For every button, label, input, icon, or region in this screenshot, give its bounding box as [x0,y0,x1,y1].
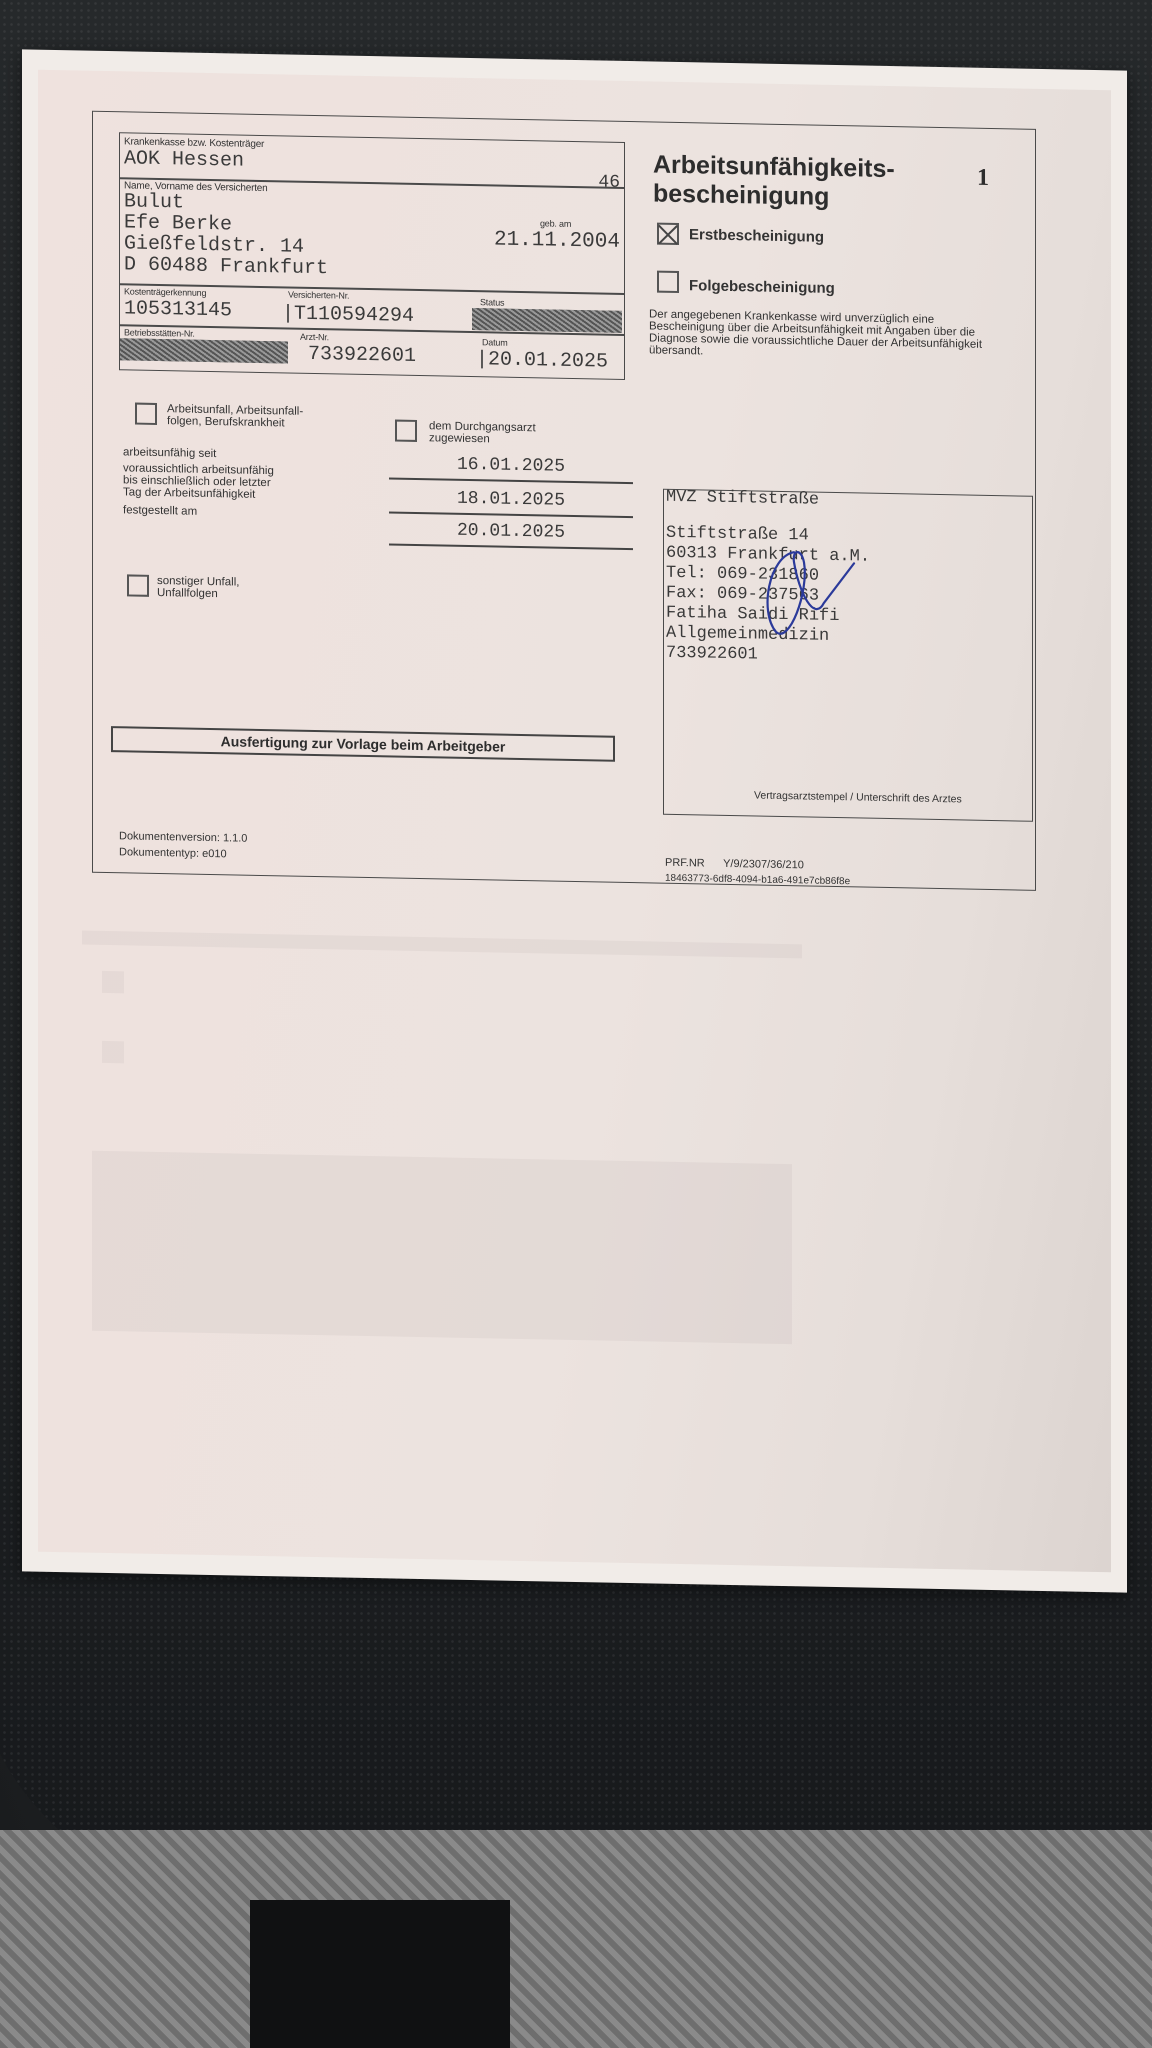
prf-value: Y/9/2307/36/210 [723,858,804,872]
show-through-area [92,1151,792,1344]
payer-id-label: Kostenträgerkennung [124,287,206,298]
insured-no: T110594294 [294,303,414,328]
transit-doctor-label-2: zugewiesen [429,432,536,446]
followup-certificate-checkbox[interactable] [657,271,679,293]
unfit-until-date: 18.01.2025 [389,487,633,512]
work-accident-label: Arbeitsunfall, Arbeitsunfall- folgen, Be… [167,403,303,430]
determined-date: 20.01.2025 [389,519,633,544]
practice-name: MVZ Stiftstraße [666,488,819,511]
patient-city: D 60488 Frankfurt [124,254,328,279]
first-certificate-checkbox[interactable] [657,223,679,245]
doctor-signature [754,531,884,643]
dob-value: 21.11.2004 [494,228,620,253]
doctor-no-label: Arzt-Nr. [300,333,329,343]
status-redacted [472,308,622,333]
insurer-notice: Der angegebenen Krankenkasse wird unverz… [649,308,1009,363]
doc-type: Dokumententyp: e010 [119,844,247,862]
status-label: Status [480,298,504,307]
unfit-until-label-3: Tag der Arbeitsunfähigkeit [123,486,274,501]
work-accident-label-2: folgen, Berufskrankheit [167,415,303,430]
stamp-caption: Vertragsarztstempel / Unterschrift des A… [754,789,962,805]
show-through-box [102,971,124,993]
first-certificate-label: Erstbescheinigung [689,226,824,246]
other-accident-label: sonstiger Unfall, Unfallfolgen [157,575,239,601]
dob-label: geb. am [540,219,571,229]
facility-no-redacted [120,338,288,363]
doctor-stamp-box: MVZ Stiftstraße Stiftstraße 14 60313 Fra… [663,489,1033,822]
insurer-value: AOK Hessen [124,147,244,172]
doc-meta: Dokumentenversion: 1.1.0 Dokumententyp: … [119,828,247,862]
issue-date-value: |20.01.2025 [476,348,608,374]
insured-no-value: |T110594294 [282,302,414,328]
insured-no-label: Versicherten-Nr. [288,290,349,300]
doctor-no-value: 733922601 [308,343,416,368]
prf-info: PRF.NR Y/9/2307/36/210 18463773-6df8-409… [665,855,850,891]
copy-number: 1 [977,165,989,192]
transit-doctor-checkbox[interactable] [395,420,417,442]
unfit-since-label: arbeitsunfähig seit [123,446,216,460]
work-accident-checkbox[interactable] [135,403,157,425]
unfit-until-label: voraussichtlich arbeitsunfähig bis einsc… [123,462,274,501]
stamp-doctor-no: 733922601 [666,644,870,668]
followup-certificate-label: Folgebescheinigung [689,277,835,297]
determined-label: festgestellt am [123,504,197,517]
transit-doctor-label: dem Durchgangsarzt zugewiesen [429,420,536,446]
chair-stem [250,1900,510,2048]
title-line-1: Arbeitsunfähigkeits- [653,151,895,185]
facility-no-label: Betriebsstätten-Nr. [124,328,195,338]
floor [0,1830,1152,2048]
certificate-form: Krankenkasse bzw. Kostenträger AOK Hesse… [92,111,1036,891]
patient-info-box: Krankenkasse bzw. Kostenträger AOK Hesse… [119,132,625,380]
other-accident-checkbox[interactable] [127,574,149,596]
patient-address: Bulut Efe Berke Gießfeldstr. 14 D 60488 … [124,191,328,279]
employer-copy-banner: Ausfertigung zur Vorlage beim Arbeitgebe… [111,726,615,762]
issue-date: 20.01.2025 [488,348,608,373]
region-code: 46 [598,172,620,192]
prf-label: PRF.NR [665,857,705,870]
other-accident-label-2: Unfallfolgen [157,587,239,601]
date-label: Datum [482,338,508,347]
show-through-box [102,1041,124,1063]
payer-id-value: 105313145 [124,297,232,322]
unfit-since-date: 16.01.2025 [389,453,633,478]
sick-note-paper: Krankenkasse bzw. Kostenträger AOK Hesse… [22,49,1127,1592]
document-title: Arbeitsunfähigkeits- bescheinigung [653,151,895,214]
title-line-2: bescheinigung [653,180,895,214]
